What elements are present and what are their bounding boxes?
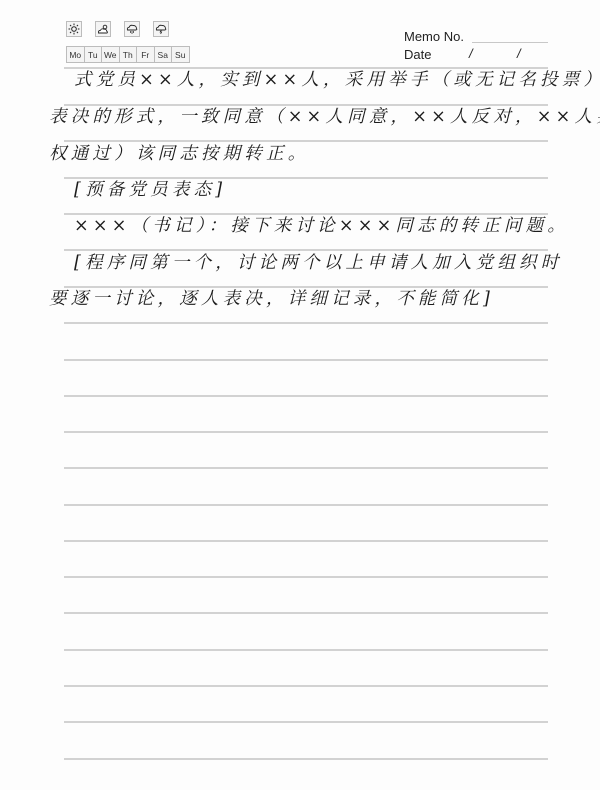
day-we[interactable]: We bbox=[101, 46, 120, 63]
note-line: [程序同第一个，讨论两个以上申请人加入党组织时 bbox=[74, 249, 562, 274]
rule-line bbox=[64, 721, 548, 723]
day-fr[interactable]: Fr bbox=[136, 46, 155, 63]
day-sa[interactable]: Sa bbox=[154, 46, 173, 63]
note-line: 表决的形式，一致同意（××人同意，××人反对，××人弃 bbox=[49, 103, 600, 128]
rule-line bbox=[64, 576, 548, 578]
thunderstorm-icon[interactable] bbox=[153, 21, 169, 37]
date-separator-1: / bbox=[469, 46, 473, 61]
rule-line bbox=[64, 467, 548, 469]
memo-no-field[interactable] bbox=[472, 42, 548, 43]
rule-line bbox=[64, 504, 548, 506]
rule-line bbox=[64, 612, 548, 614]
rule-line bbox=[64, 685, 548, 687]
weather-icons bbox=[66, 21, 169, 37]
day-tu[interactable]: Tu bbox=[84, 46, 103, 63]
rule-line bbox=[64, 540, 548, 542]
note-line: ×××（书记）：接下来讨论×××同志的转正问题。 bbox=[74, 212, 569, 237]
rule-line bbox=[64, 431, 548, 433]
rule-line bbox=[64, 359, 548, 361]
rule-line bbox=[64, 758, 548, 760]
day-selector: Mo Tu We Th Fr Sa Su bbox=[66, 46, 190, 63]
sun-icon[interactable] bbox=[66, 21, 82, 37]
note-line: [预备党员表态] bbox=[74, 176, 226, 201]
rule-line bbox=[64, 395, 548, 397]
day-mo[interactable]: Mo bbox=[66, 46, 85, 63]
rain-icon[interactable] bbox=[124, 21, 140, 37]
note-line: 权通过）该同志按期转正。 bbox=[49, 140, 309, 165]
memo-no-label: Memo No. bbox=[404, 29, 464, 44]
day-su[interactable]: Su bbox=[171, 46, 190, 63]
date-label: Date bbox=[404, 47, 431, 62]
note-line: 要逐一讨论，逐人表决，详细记录，不能简化] bbox=[49, 285, 494, 310]
note-line: 式党员××人，实到××人，采用举手（或无记名投票） bbox=[74, 66, 600, 91]
date-separator-2: / bbox=[517, 46, 521, 61]
rule-line bbox=[64, 322, 548, 324]
rule-line bbox=[64, 649, 548, 651]
day-th[interactable]: Th bbox=[119, 46, 138, 63]
partly-cloudy-icon[interactable] bbox=[95, 21, 111, 37]
